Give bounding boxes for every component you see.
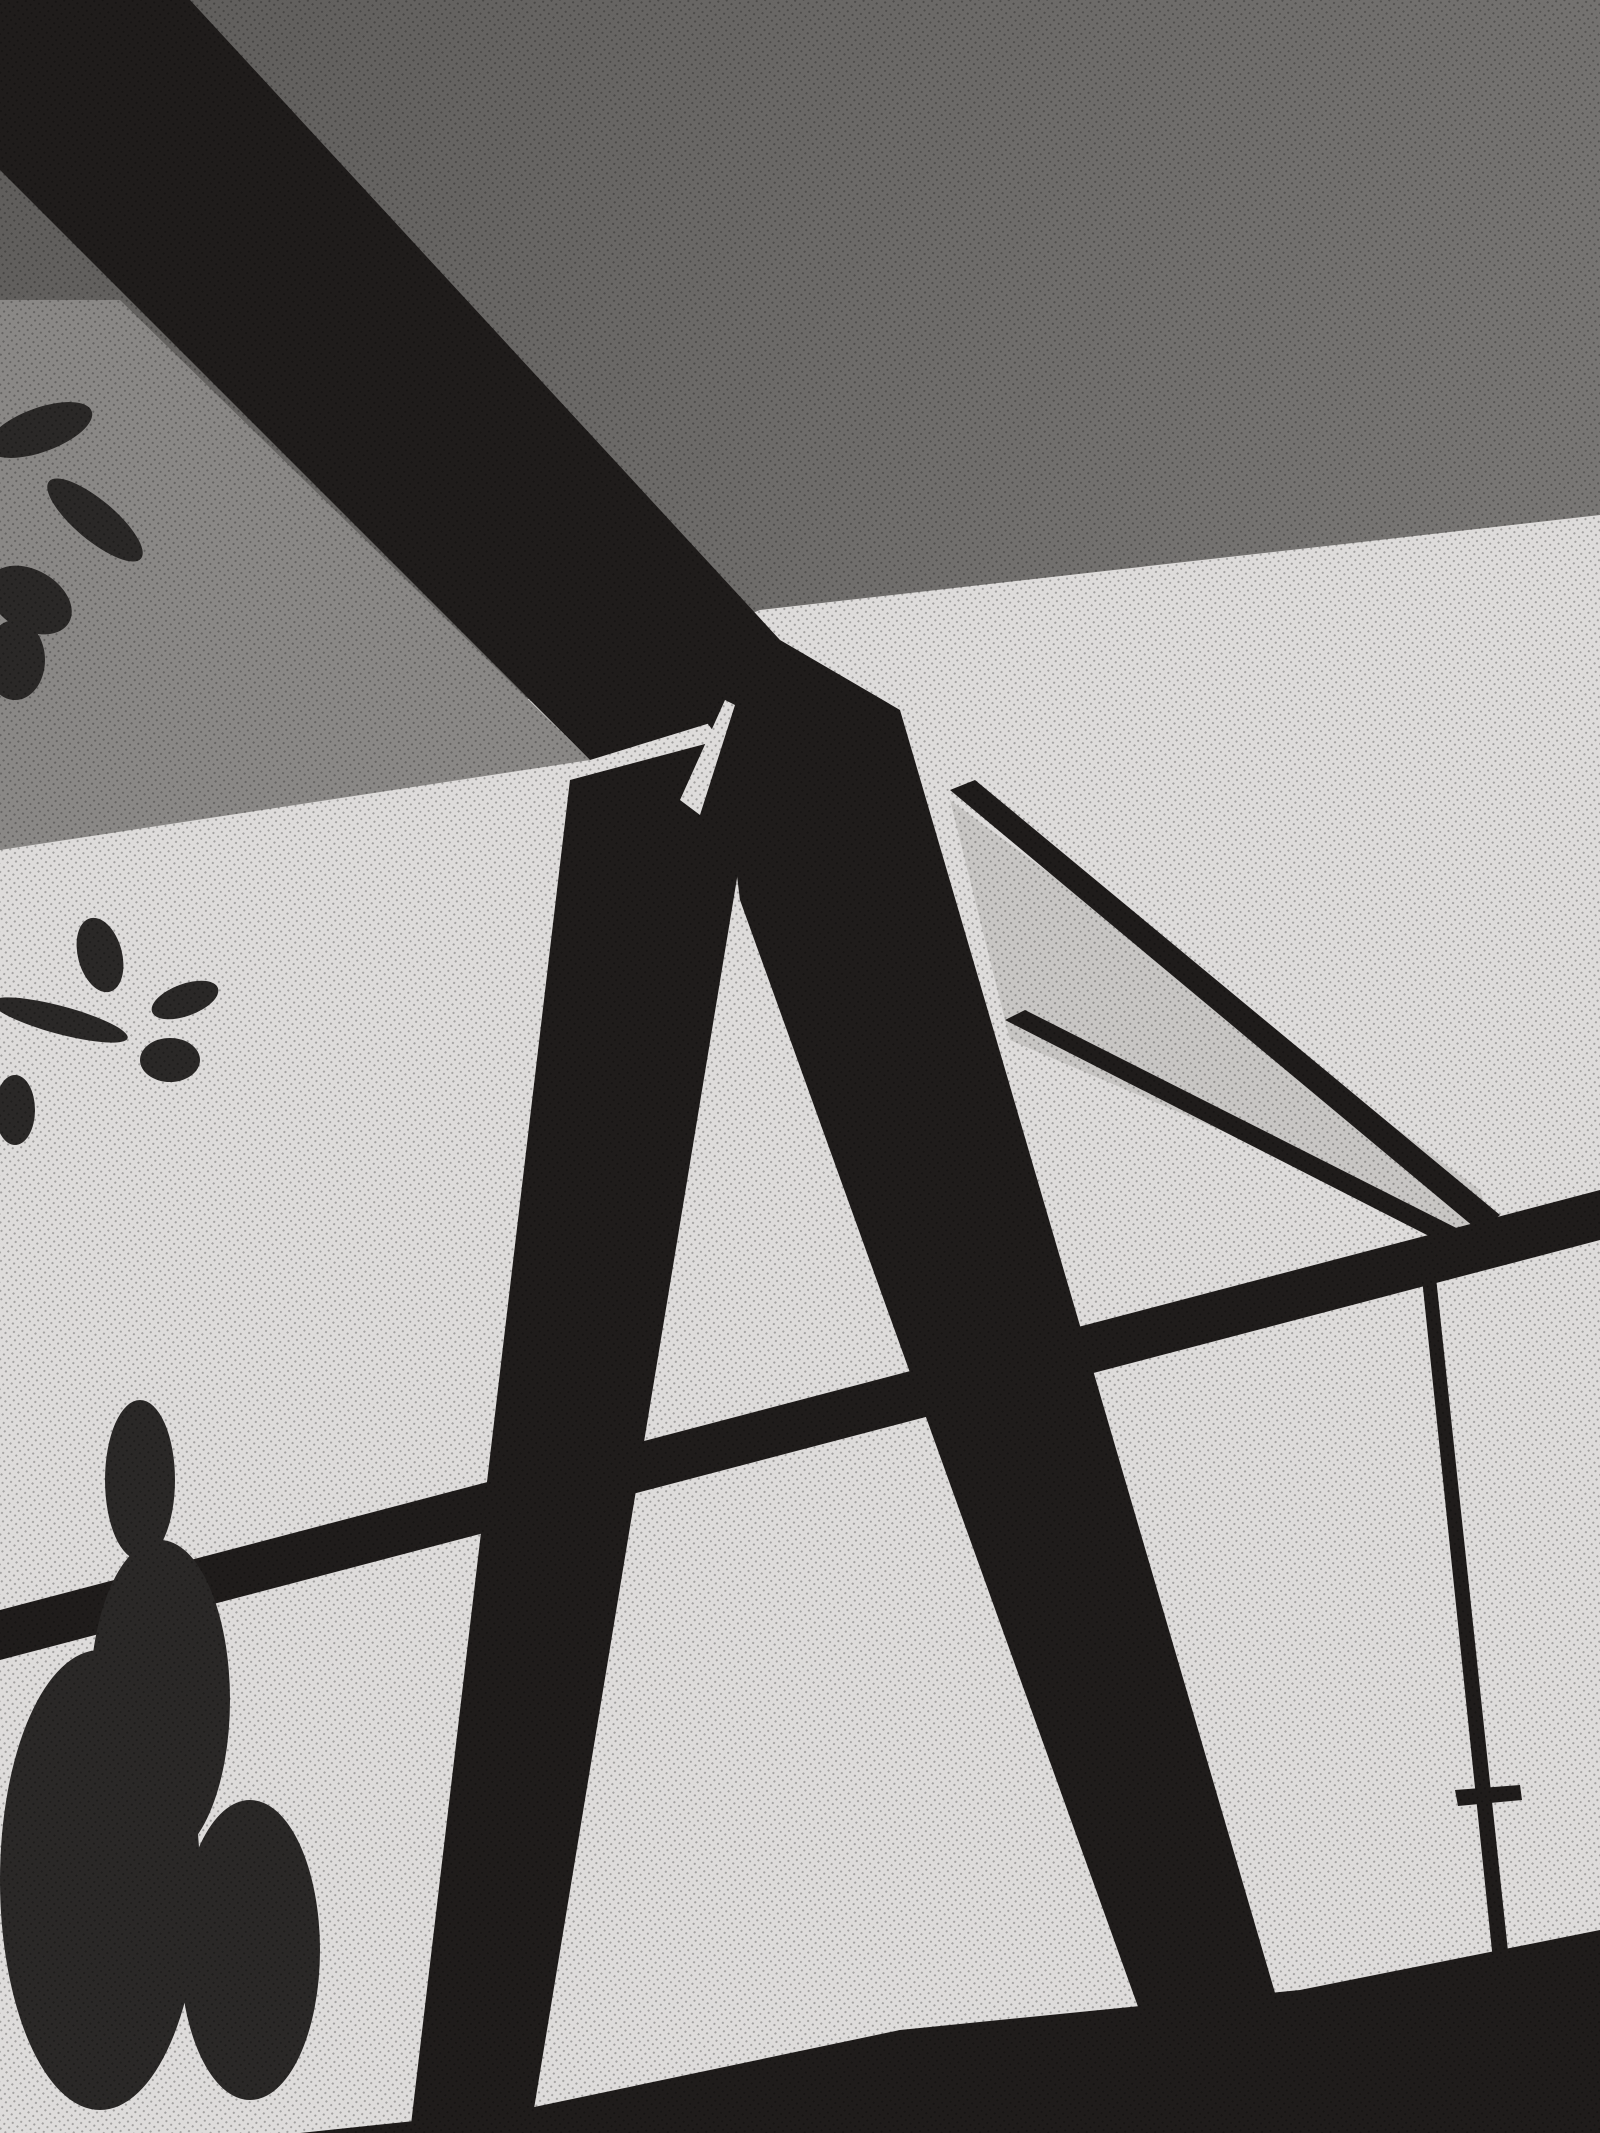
photograph: Halftone black-and-white photograph of a…	[0, 0, 1600, 2133]
photo-canvas	[0, 0, 1600, 2133]
halftone-texture	[0, 0, 1600, 2133]
